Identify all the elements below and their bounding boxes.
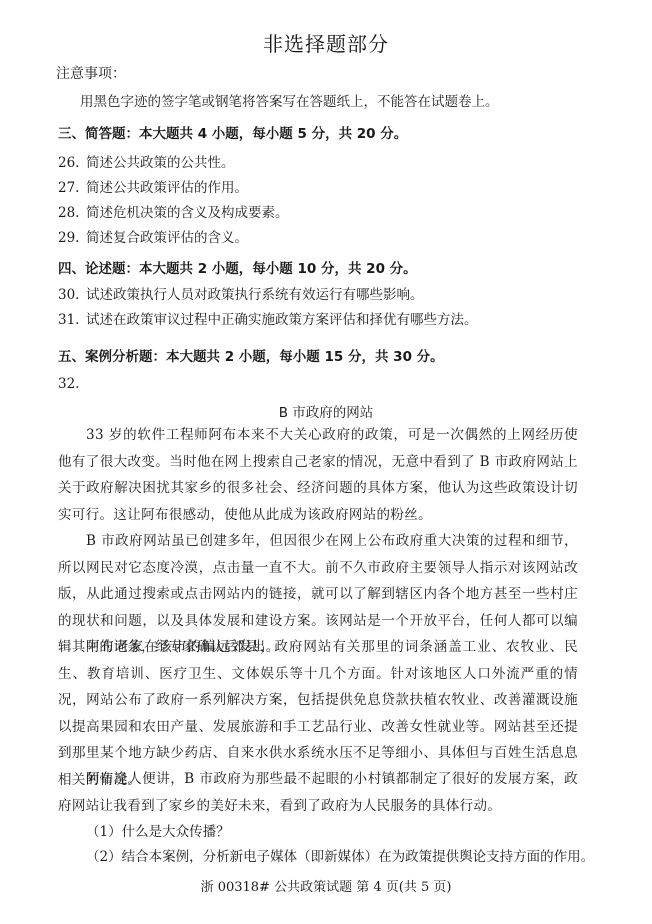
question-number: 29. [58, 228, 86, 248]
question-text: 试述在政策审议过程中正确实施政策方案评估和择优有哪些方法。 [86, 312, 478, 328]
question-27: 27.简述公共政策评估的作用。 [58, 178, 248, 198]
section-heading-case-analysis: 五、案例分析题：本大题共 2 小题，每小题 15 分，共 30 分。 [58, 347, 444, 367]
section-heading-essay: 四、论述题：本大题共 2 小题，每小题 10 分，共 20 分。 [58, 259, 417, 279]
page-title: 非选择题部分 [0, 28, 652, 57]
question-text: 简述危机决策的含义及构成要素。 [86, 205, 289, 221]
question-26: 26.简述公共政策的公共性。 [58, 153, 235, 173]
case-paragraph-4: 阿布逢人便讲，B 市政府为那些最不起眼的小村镇都制定了很好的发展方案，政府网站让… [58, 766, 578, 819]
question-30: 30.试述政策执行人员对政策执行系统有效运行有哪些影响。 [58, 285, 424, 305]
question-number: 27. [58, 178, 86, 198]
case-title: B 市政府的网站 [0, 401, 652, 421]
question-number: 26. [58, 153, 86, 173]
notice-text: 用黑色字迹的签字笔或钢笔将答案写在答题纸上，不能答在试题卷上。 [80, 92, 499, 112]
question-number: 31. [58, 310, 86, 330]
question-32: 32. [58, 374, 86, 394]
exam-page: 非选择题部分 注意事项： 用黑色字迹的签字笔或钢笔将答案写在答题纸上，不能答在试… [0, 0, 652, 924]
question-number: 30. [58, 285, 86, 305]
case-paragraph-1: 33 岁的软件工程师阿布本来不大关心政府的政策，可是一次偶然的上网经历使他有了很… [58, 422, 578, 528]
sub-question-1: （1）什么是大众传播？ [86, 822, 230, 842]
question-text: 简述复合政策评估的含义。 [86, 230, 248, 246]
question-text: 试述政策执行人员对政策执行系统有效运行有哪些影响。 [86, 287, 424, 303]
question-31: 31.试述在政策审议过程中正确实施政策方案评估和择优有哪些方法。 [58, 310, 478, 330]
sub-question-2: （2）结合本案例，分析新电子媒体（即新媒体）在为政策提供舆论支持方面的作用。 [86, 847, 594, 867]
notice-label: 注意事项： [56, 64, 126, 84]
question-29: 29.简述复合政策评估的含义。 [58, 228, 248, 248]
question-number: 32. [58, 374, 86, 394]
question-text: 简述公共政策评估的作用。 [86, 180, 248, 196]
question-28: 28.简述危机决策的含义及构成要素。 [58, 203, 289, 223]
question-number: 28. [58, 203, 86, 223]
page-footer: 浙 00318# 公共政策试题 第 4 页(共 5 页) [0, 876, 652, 895]
question-text: 简述公共政策的公共性。 [86, 155, 235, 171]
section-heading-short-answer: 三、简答题：本大题共 4 小题，每小题 5 分，共 20 分。 [58, 124, 407, 144]
